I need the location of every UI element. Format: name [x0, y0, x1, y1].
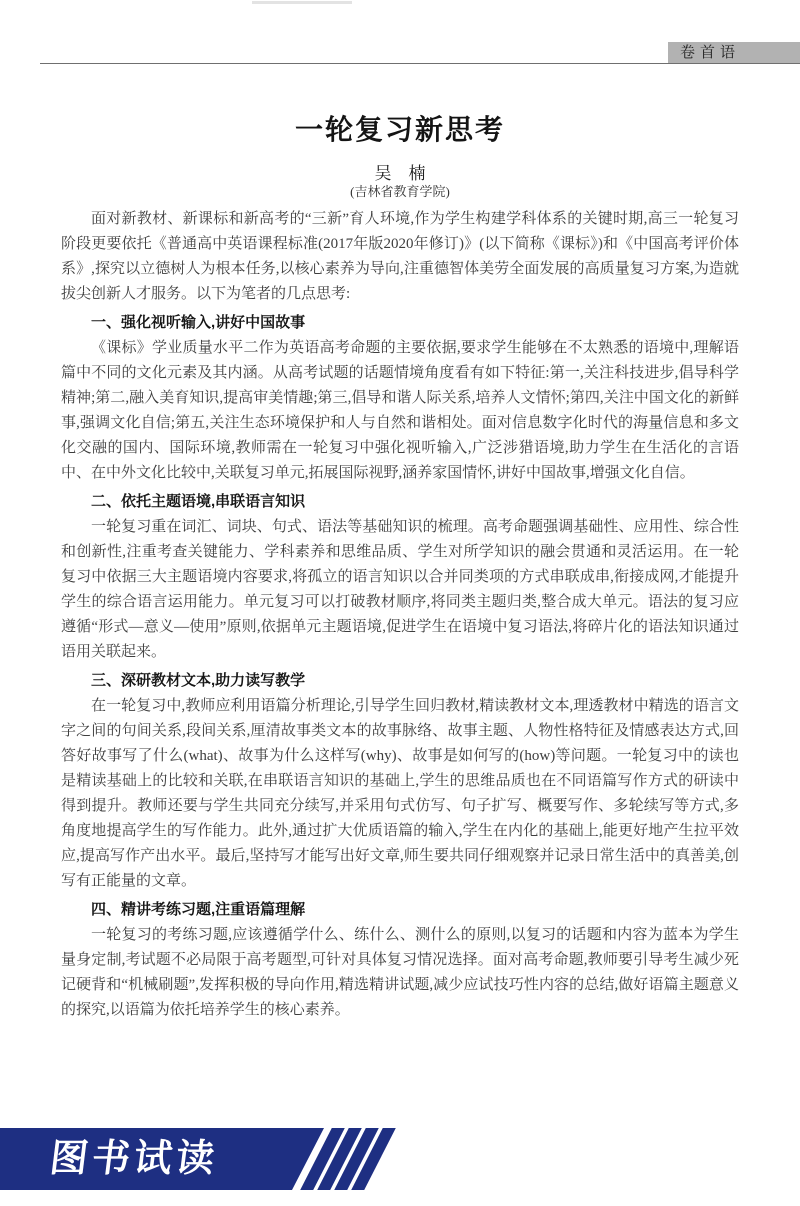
section-heading-3: 三、深研教材文本,助力读写教学 — [61, 668, 739, 693]
section-heading-2: 二、依托主题语境,串联语言知识 — [61, 489, 739, 514]
section-heading-1: 一、强化视听输入,讲好中国故事 — [61, 310, 739, 335]
article-affiliation: (吉林省教育学院) — [0, 181, 800, 200]
book-preview-banner-label: 图书试读 — [46, 1128, 222, 1190]
article-title: 一轮复习新思考 — [0, 108, 800, 148]
intro-paragraph: 面对新教材、新课标和新高考的“三新”育人环境,作为学生构建学科体系的关键时期,高… — [61, 207, 739, 307]
document-page: 卷首语 一轮复习新思考 吴 楠 (吉林省教育学院) 面对新教材、新课标和新高考的… — [0, 0, 800, 1206]
book-preview-banner: 图书试读 — [0, 1128, 324, 1190]
section-tag: 卷首语 — [668, 42, 800, 64]
section-paragraph-4: 一轮复习的考练习题,应该遵循学什么、练什么、测什么的原则,以复习的话题和内容为蓝… — [61, 923, 739, 1023]
section-paragraph-2: 一轮复习重在词汇、词块、句式、语法等基础知识的梳理。高考命题强调基础性、应用性、… — [61, 515, 739, 665]
section-paragraph-3: 在一轮复习中,教师应利用语篇分析理论,引导学生回归教材,精读教材文本,理透教材中… — [61, 694, 739, 894]
header-rule — [40, 63, 800, 64]
section-paragraph-1: 《课标》学业质量水平二作为英语高考命题的主要依据,要求学生能够在不太熟悉的语境中… — [61, 336, 739, 486]
section-heading-4: 四、精讲考练习题,注重语篇理解 — [61, 897, 739, 922]
section-tag-label: 卷首语 — [680, 44, 740, 61]
scan-artifact — [252, 1, 352, 4]
article-body: 面对新教材、新课标和新高考的“三新”育人环境,作为学生构建学科体系的关键时期,高… — [61, 207, 739, 1023]
